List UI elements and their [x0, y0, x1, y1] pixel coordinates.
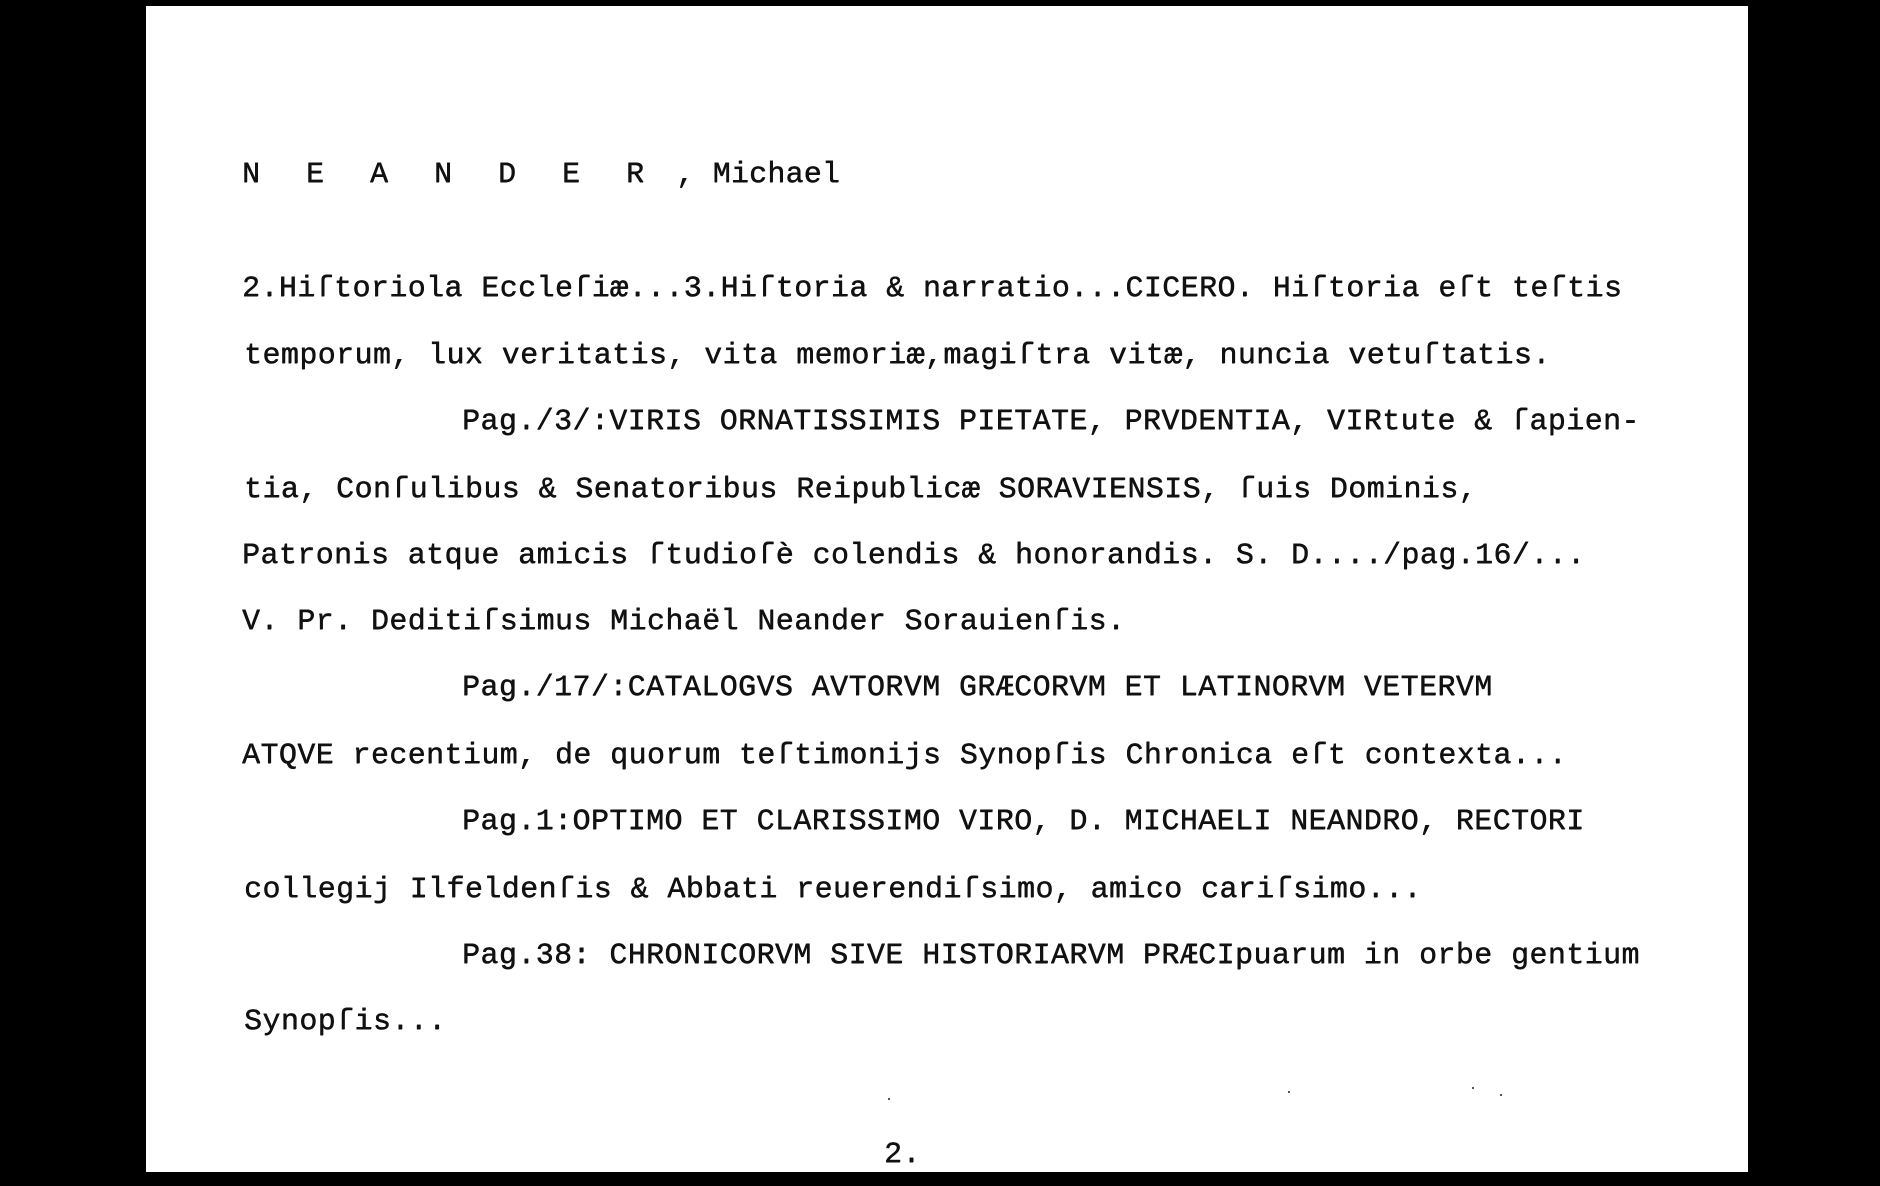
scan-speck: [1472, 1087, 1474, 1089]
text-line-5: Patronis atque amicis ſtudioſè colendis …: [242, 539, 1585, 573]
text-line-6: V. Pr. Deditiſsimus Michaël Neander Sora…: [242, 605, 1125, 639]
text-line-8: ATQVE recentium, de quorum teſtimonijs S…: [242, 739, 1567, 773]
surname: N E A N D E R: [242, 158, 658, 192]
text-line-1: 2.Hiſtoriola Eccleſiæ...3.Hiſtoria & nar…: [242, 272, 1622, 306]
heading-separator: ,: [658, 158, 713, 192]
text-line-10: collegij Ilfeldenſis & Abbati reuerendiſ…: [244, 873, 1422, 907]
scan-speck: [1500, 1094, 1502, 1096]
text-line-2: temporum, lux veritatis, vita memoriæ,ma…: [244, 339, 1551, 373]
catalog-card: N E A N D E R , Michael 2.Hiſtoriola Ecc…: [146, 6, 1748, 1172]
text-line-4: tia, Conſulibus & Senatoribus Reipublicæ…: [244, 473, 1477, 507]
given-name: Michael: [713, 158, 840, 192]
text-line-12: Synopſis...: [244, 1005, 446, 1039]
scan-speck: [888, 1098, 890, 1100]
text-line-11: Pag.38: CHRONICORVM SIVE HISTORIARVM PRÆ…: [462, 939, 1640, 973]
page-number: 2.: [884, 1138, 921, 1172]
text-line-9: Pag.1:OPTIMO ET CLARISSIMO VIRO, D. MICH…: [462, 805, 1585, 839]
scan-speck: [1288, 1091, 1290, 1093]
text-line-3: Pag./3/:VIRIS ORNATISSIMIS PIETATE, PRVD…: [462, 405, 1640, 439]
card-heading: N E A N D E R , Michael: [242, 158, 840, 192]
text-line-7: Pag./17/:CATALOGVS AVTORVM GRÆCORVM ET L…: [462, 671, 1493, 705]
